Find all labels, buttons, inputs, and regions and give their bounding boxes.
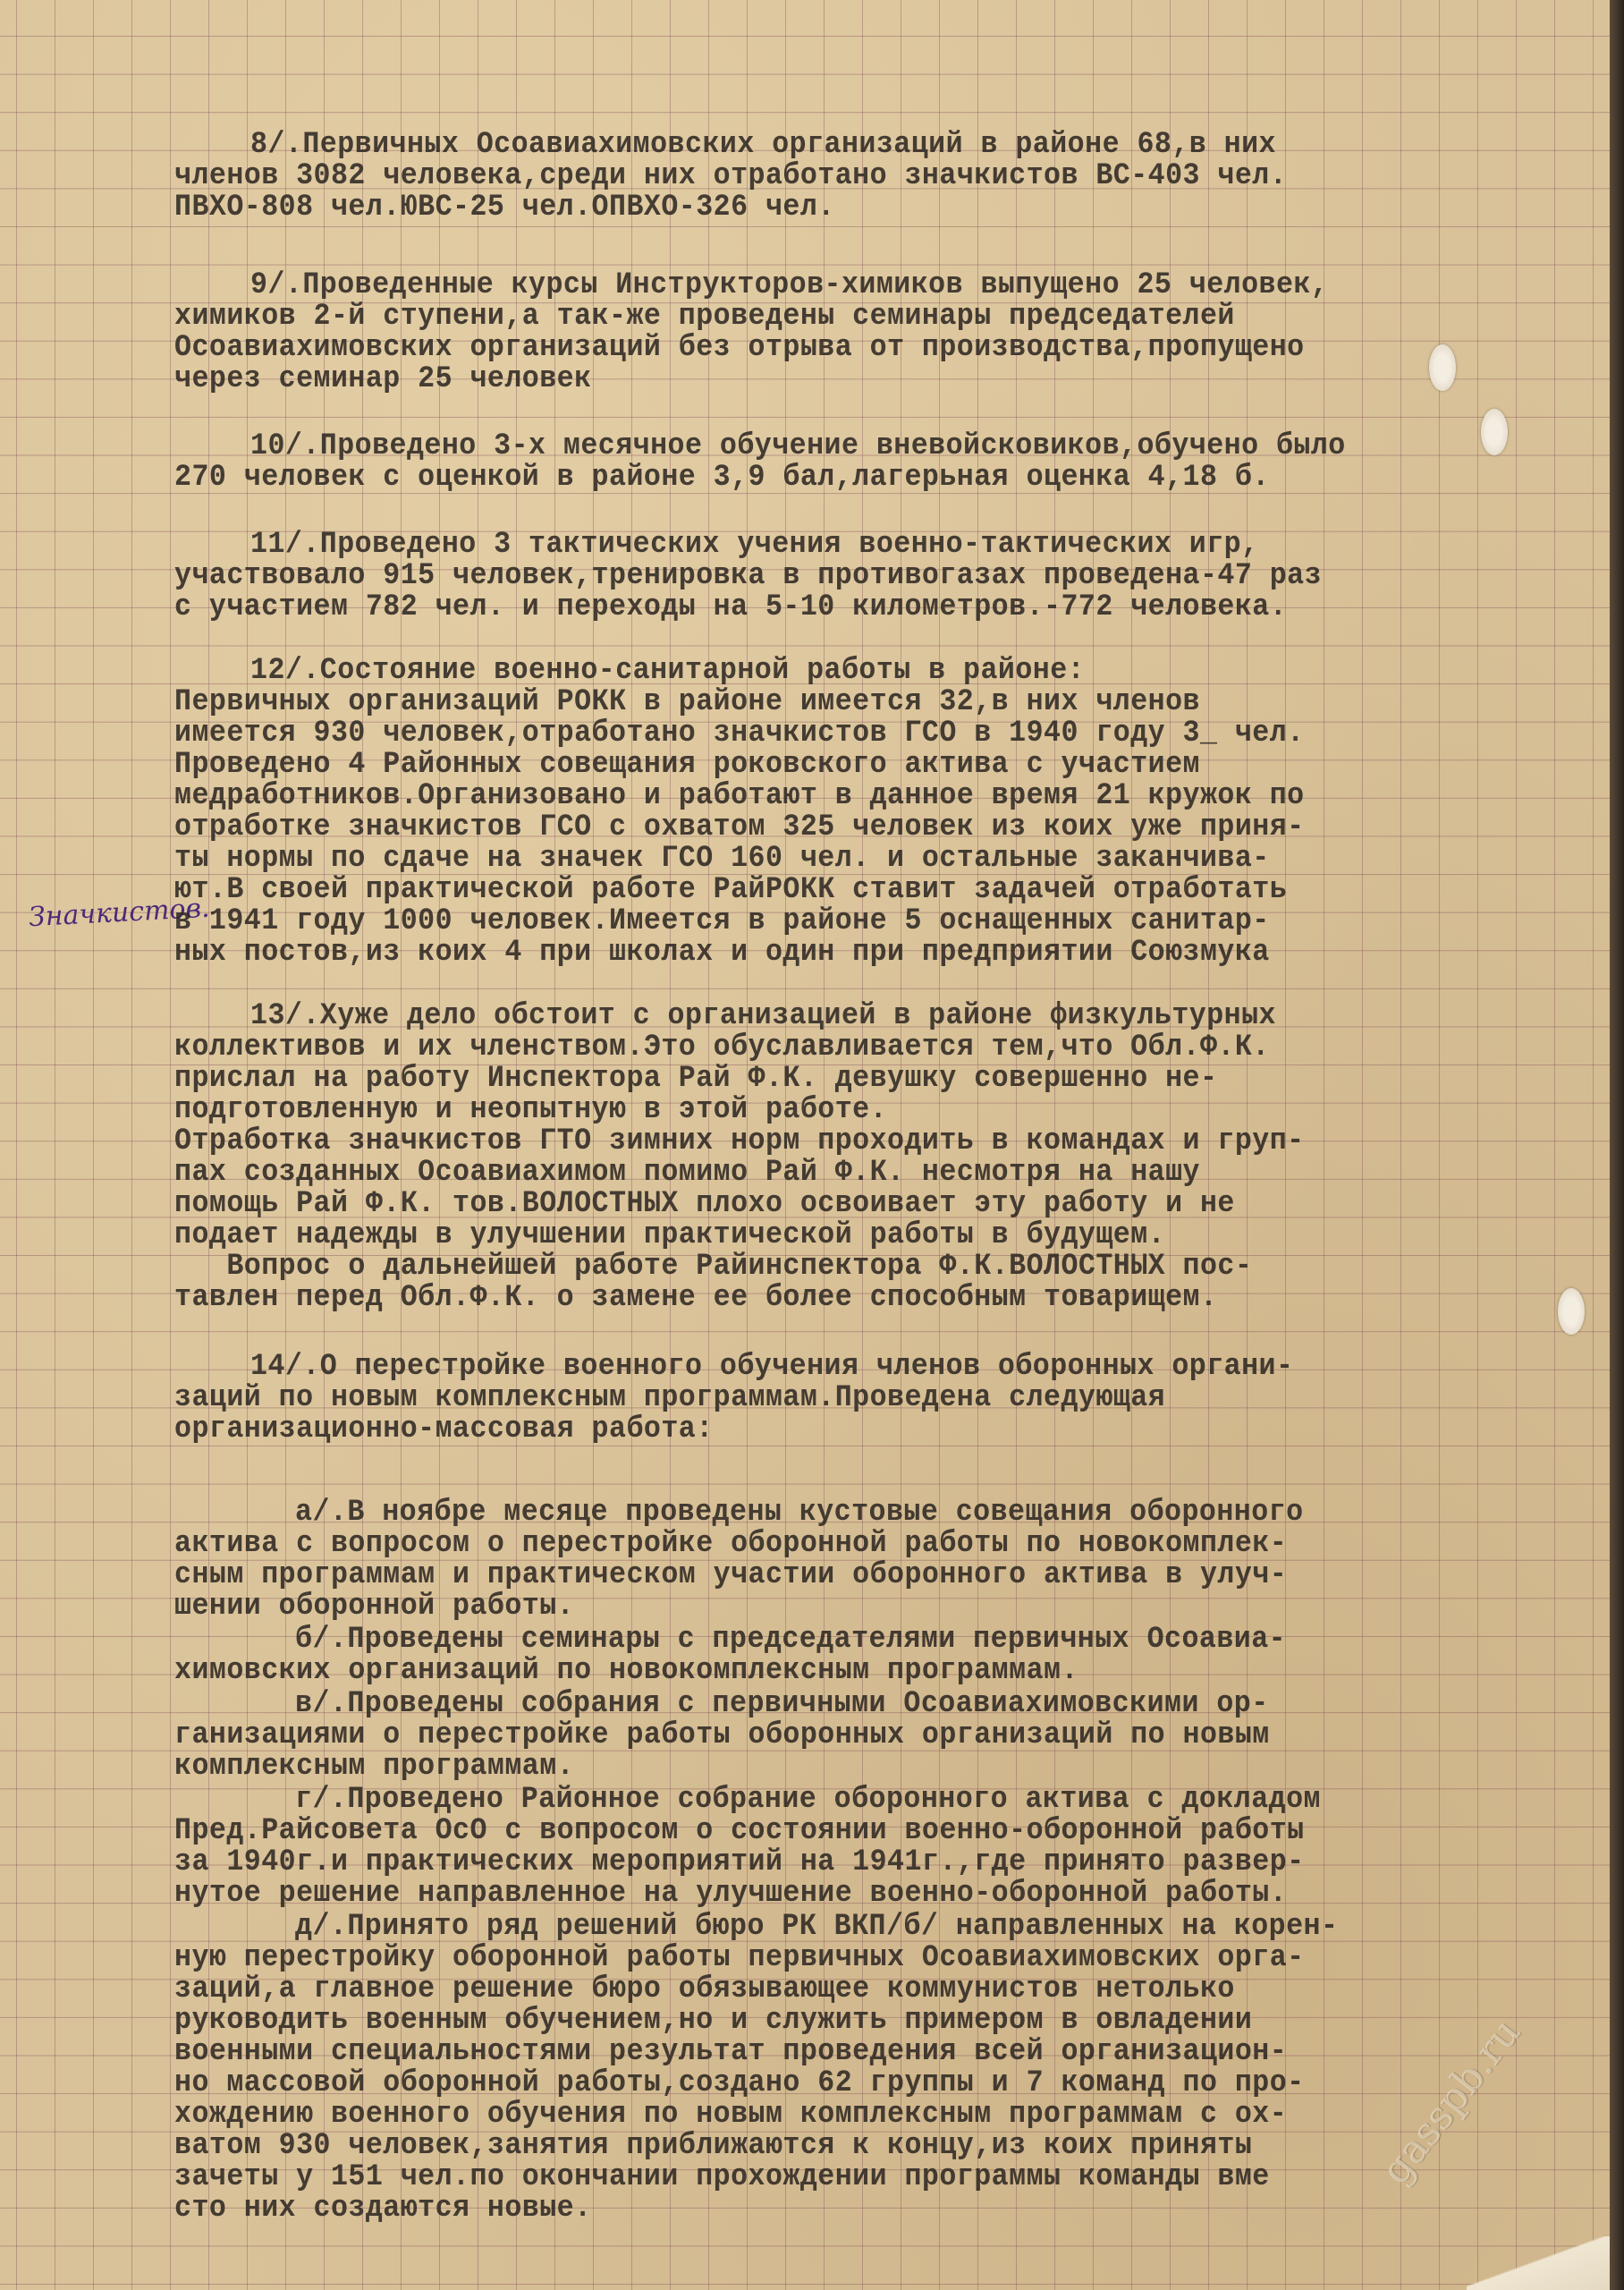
text-line: 270 человек с оценкой в районе 3,9 бал,л…: [174, 462, 1472, 494]
text-line: с участием 782 чел. и переходы на 5-10 к…: [174, 592, 1472, 623]
text-line: в/.Проведены собрания с первичными Осоав…: [295, 1689, 1480, 1720]
text-line: ют.В своей практической работе РайРОКК с…: [174, 875, 1472, 906]
text-line: в 1941 году 1000 человек.Имеется в район…: [174, 906, 1472, 937]
section-14g: г/.Проведено Районное собрание оборонног…: [174, 1785, 1569, 1910]
typewritten-body: 8/.Первичных Осоавиахимовских организаци…: [174, 130, 1569, 2226]
text-line: подает надежды в улучшении практической …: [174, 1220, 1472, 1251]
document-page: Значкистов. 8/.Первичных Осоавиахимовски…: [0, 0, 1610, 2290]
text-line: заций,а главное решение бюро обязывающее…: [174, 1974, 1472, 2006]
text-line: Осоавиахимовских организаций без отрыва …: [174, 333, 1472, 364]
text-line: отработке значкистов ГСО с охватом 325 ч…: [174, 812, 1472, 844]
text-line: зачеты у 151 чел.по окончании прохождени…: [174, 2162, 1472, 2193]
text-line: Первичных организаций РОКК в районе имее…: [174, 687, 1472, 718]
section-12: 12/.Состояние военно-санитарной работы в…: [174, 656, 1569, 969]
text-line: ную перестройку оборонной работы первичн…: [174, 1943, 1472, 1974]
text-line: ганизациями о перестройке работы оборонн…: [174, 1720, 1472, 1751]
text-line: участвовало 915 человек,тренировка в про…: [174, 561, 1472, 592]
folded-corner: [1467, 2236, 1619, 2290]
text-line: медработников.Организовано и работают в …: [174, 781, 1472, 812]
text-line: 8/.Первичных Осоавиахимовских организаци…: [250, 130, 1477, 161]
section-14b: б/.Проведены семинары с председателями п…: [174, 1624, 1569, 1687]
text-line: имеется 930 человек,отработано значкисто…: [174, 718, 1472, 750]
text-line: коллективов и их членством.Это обуславли…: [174, 1032, 1472, 1064]
text-line: ты нормы по сдаче на значек ГСО 160 чел.…: [174, 844, 1472, 875]
text-line: химовских организаций по новокомплексным…: [174, 1656, 1472, 1687]
text-line: помощь Рай Ф.К. тов.ВОЛОСТНЫХ плохо осво…: [174, 1189, 1472, 1220]
text-line: шении оборонной работы.: [174, 1591, 1472, 1623]
section-13: 13/.Хуже дело обстоит с организацией в р…: [174, 1001, 1569, 1314]
text-line: 9/.Проведенные курсы Инструкторов-химико…: [250, 270, 1477, 301]
text-line: через семинар 25 человек: [174, 364, 1472, 395]
text-line: нутое решение направленное на улучшение …: [174, 1879, 1472, 1910]
text-line: а/.В ноябре месяце проведены кустовые со…: [295, 1497, 1480, 1529]
text-line: за 1940г.и практических мероприятий на 1…: [174, 1847, 1472, 1879]
text-line: 11/.Проведено 3 тактических учения военн…: [250, 530, 1477, 561]
text-line: б/.Проведены семинары с председателями п…: [295, 1624, 1480, 1656]
text-line: 12/.Состояние военно-санитарной работы в…: [250, 656, 1477, 687]
text-line: комплексным программам.: [174, 1751, 1472, 1783]
text-line: сто них создаются новые.: [174, 2193, 1472, 2225]
section-9: 9/.Проведенные курсы Инструкторов-химико…: [174, 270, 1569, 395]
text-line: д/.Принято ряд решений бюро РК ВКП/б/ на…: [295, 1912, 1480, 1943]
text-line: сным программам и практическом участии о…: [174, 1560, 1472, 1591]
text-line: Пред.Райсовета ОсО с вопросом о состояни…: [174, 1816, 1472, 1847]
text-line: ПВХО-808 чел.ЮВС-25 чел.ОПВХО-326 чел.: [174, 192, 1472, 224]
section-10: 10/.Проведено 3-х месячное обучение внев…: [174, 431, 1569, 494]
text-line: тавлен перед Обл.Ф.К. о замене ее более …: [174, 1283, 1472, 1314]
text-line: актива с вопросом о перестройке оборонно…: [174, 1529, 1472, 1560]
section-11: 11/.Проведено 3 тактических учения военн…: [174, 530, 1569, 623]
section-14: 14/.О перестройке военного обучения член…: [174, 1352, 1569, 1446]
section-8: 8/.Первичных Осоавиахимовских организаци…: [174, 130, 1569, 224]
text-line: г/.Проведено Районное собрание оборонног…: [295, 1785, 1480, 1816]
text-line: военными специальностями результат прове…: [174, 2037, 1472, 2068]
text-line: но массовой оборонной работы,создано 62 …: [174, 2068, 1472, 2099]
text-line: заций по новым комплексным программам.Пр…: [174, 1383, 1472, 1414]
text-line: членов 3082 человека,среди них отработан…: [174, 161, 1472, 192]
text-line: 10/.Проведено 3-х месячное обучение внев…: [250, 431, 1477, 462]
text-line: подготовленную и неопытную в этой работе…: [174, 1095, 1472, 1126]
text-line: пах созданных Осоавиахимом помимо Рай Ф.…: [174, 1158, 1472, 1189]
section-14d: д/.Принято ряд решений бюро РК ВКП/б/ на…: [174, 1912, 1569, 2225]
section-14a: а/.В ноябре месяце проведены кустовые со…: [174, 1497, 1569, 1623]
section-14v: в/.Проведены собрания с первичными Осоав…: [174, 1689, 1569, 1783]
text-line: Вопрос о дальнейшей работе Райинспектора…: [174, 1251, 1472, 1283]
text-line: 13/.Хуже дело обстоит с организацией в р…: [250, 1001, 1477, 1032]
text-line: 14/.О перестройке военного обучения член…: [250, 1352, 1477, 1383]
page-edge-shadow: [1610, 0, 1624, 2290]
text-line: Проведено 4 Районных совещания роковског…: [174, 750, 1472, 781]
text-line: руководить военным обучением,но и служит…: [174, 2006, 1472, 2037]
text-line: Отработка значкистов ГТО зимних норм про…: [174, 1126, 1472, 1158]
text-line: прислал на работу Инспектора Рай Ф.К. де…: [174, 1064, 1472, 1095]
text-line: ватом 930 человек,занятия приближаются к…: [174, 2131, 1472, 2162]
text-line: ных постов,из коих 4 при школах и один п…: [174, 937, 1472, 969]
text-line: химиков 2-й ступени,а так-же проведены с…: [174, 301, 1472, 333]
text-line: хождению военного обучения по новым комп…: [174, 2099, 1472, 2131]
text-line: организационно-массовая работа:: [174, 1414, 1472, 1446]
